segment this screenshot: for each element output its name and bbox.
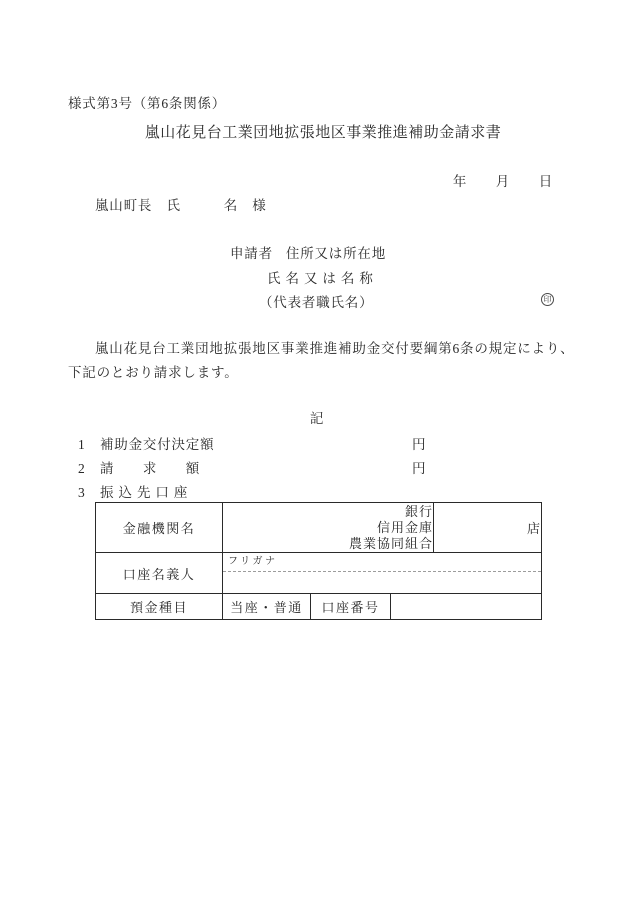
branch-suffix-label: 店 (434, 503, 542, 553)
applicant-address-line: 申請者住所又は所在地 (230, 246, 386, 262)
document-title: 嵐山花見台工業団地拡張地区事業推進補助金請求書 (0, 125, 630, 142)
item-number: 2 (78, 461, 86, 477)
institution-type-options: 銀行 信用金庫 農業協同組合 (223, 503, 434, 553)
account-number-label: 口座番号 (311, 594, 391, 620)
item-number: 3 (78, 485, 86, 501)
ki-heading: 記 (0, 411, 630, 427)
item-unit-yen: 円 (412, 437, 426, 453)
body-text-line2: 下記のとおり請求します。 (68, 365, 239, 381)
table-row-deposit-type: 預金種目 当座・普通 口座番号 (96, 594, 542, 620)
deposit-type-options: 当座・普通 (223, 594, 311, 620)
bank-account-table: 金融機関名 銀行 信用金庫 農業協同組合 店 口座名義人 フリガナ 預金種目 当… (95, 502, 542, 620)
item-unit-yen: 円 (412, 461, 426, 477)
account-holder-field: フリガナ (223, 553, 542, 594)
form-number: 様式第3号（第6条関係） (68, 96, 226, 112)
applicant-label: 申請者 (230, 246, 273, 261)
financial-institution-label: 金融機関名 (96, 503, 223, 553)
furigana-label: フリガナ (223, 554, 541, 572)
account-number-blank (391, 594, 542, 620)
institution-type-shinkin: 信用金庫 (223, 520, 433, 536)
item-label: 請 求 額 (100, 461, 200, 477)
account-holder-name-blank (223, 572, 541, 593)
list-item-transfer-account: 3 振 込 先 口 座 (0, 485, 630, 503)
subsidy-request-form-page: 様式第3号（第6条関係） 嵐山花見台工業団地拡張地区事業推進補助金請求書 年 月… (0, 0, 630, 915)
applicant-representative-label: （代表者職氏名） (259, 295, 373, 311)
item-label: 振 込 先 口 座 (100, 485, 188, 501)
institution-type-bank: 銀行 (223, 504, 433, 520)
applicant-address-label: 住所又は所在地 (286, 246, 386, 261)
item-label: 補助金交付決定額 (100, 437, 214, 453)
list-item-requested-amount: 2 請 求 額 円 (0, 461, 630, 479)
body-text-line1: 嵐山花見台工業団地拡張地区事業推進補助金交付要綱第6条の規定により、 (95, 341, 574, 357)
deposit-type-label: 預金種目 (96, 594, 223, 620)
date-line: 年 月 日 (453, 174, 553, 190)
list-item-decided-amount: 1 補助金交付決定額 円 (0, 437, 630, 455)
table-row-financial-institution: 金融機関名 銀行 信用金庫 農業協同組合 店 (96, 503, 542, 553)
item-number: 1 (78, 437, 86, 453)
account-holder-label: 口座名義人 (96, 553, 223, 594)
table-row-account-holder: 口座名義人 フリガナ (96, 553, 542, 594)
seal-mark-icon: 印 (541, 293, 554, 306)
institution-type-agri-coop: 農業協同組合 (223, 536, 433, 552)
addressee-line: 嵐山町長 氏 名 様 (95, 198, 267, 214)
applicant-name-label: 氏 名 又 は 名 称 (267, 271, 374, 287)
